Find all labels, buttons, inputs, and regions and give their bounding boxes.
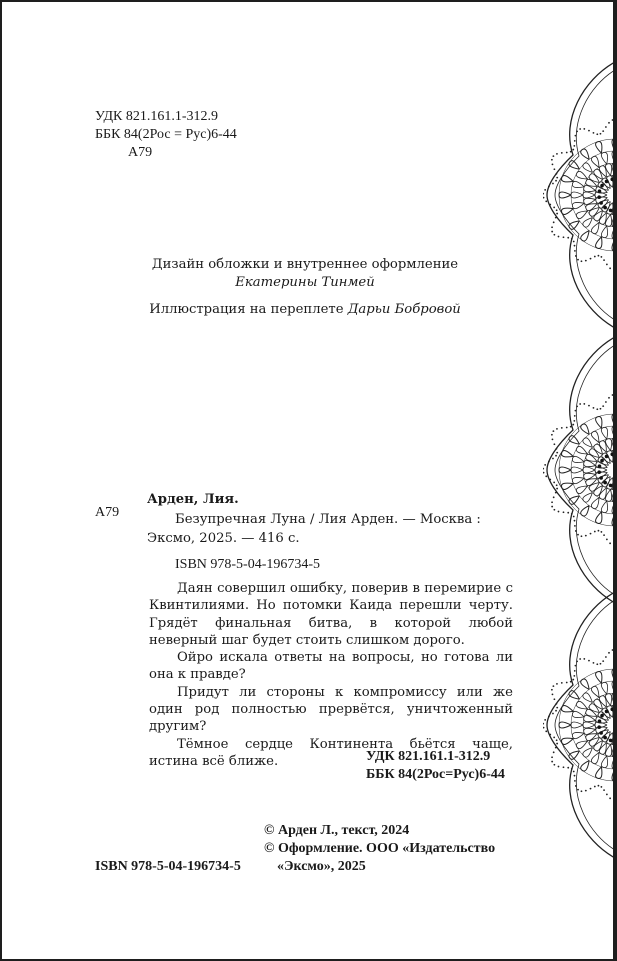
imprint-page: УДК 821.161.1-312.9 ББК 84(2Рос = Рус)6-… [0, 0, 617, 961]
designer-name: Екатерины Тинмей [2, 274, 608, 291]
udk-code: УДК 821.161.1-312.9 [95, 108, 218, 125]
card-author-mark: А79 [95, 504, 119, 521]
annotation-paragraph: Даян совершил ошибку, поверив в перемири… [149, 580, 513, 649]
annotation-paragraph: Ойро искала ответы на вопросы, но готова… [149, 649, 513, 684]
card-title-line-1: Безупречная Луна / Лия Арден. — Москва : [175, 511, 481, 528]
half-mandala-ornament [543, 335, 613, 605]
illustration-credit: Иллюстрация на переплете Дарьи Бобровой [2, 301, 608, 318]
udk-code-bold: УДК 821.161.1-312.9 [366, 748, 490, 765]
card-isbn: ISBN 978-5-04-196734-5 [175, 556, 320, 573]
copyright-text: © Арден Л., текст, 2024 [264, 822, 409, 839]
half-mandala-ornament [543, 60, 613, 330]
copyright-design-line-1: © Оформление. ООО «Издательство [264, 840, 495, 857]
annotation-paragraph: Придут ли стороны к компромиссу или же о… [149, 684, 513, 736]
isbn-bold: ISBN 978-5-04-196734-5 [95, 858, 241, 875]
card-title-line-2: Эксмо, 2025. — 416 с. [147, 530, 300, 547]
half-mandala-ornament [543, 590, 613, 860]
illustration-prefix: Иллюстрация на переплете [149, 302, 347, 317]
card-author: Арден, Лия. [147, 491, 239, 508]
author-mark: А79 [128, 144, 152, 161]
annotation: Даян совершил ошибку, поверив в перемири… [149, 580, 513, 770]
design-credit-line: Дизайн обложки и внутреннее оформление [2, 256, 608, 273]
bbk-code-bold: ББК 84(2Рос=Рус)6-44 [366, 766, 505, 783]
copyright-design-line-2: «Эксмо», 2025 [277, 858, 366, 875]
illustrator-name: Дарьи Бобровой [348, 302, 461, 317]
bbk-code: ББК 84(2Рос = Рус)6-44 [95, 126, 237, 143]
